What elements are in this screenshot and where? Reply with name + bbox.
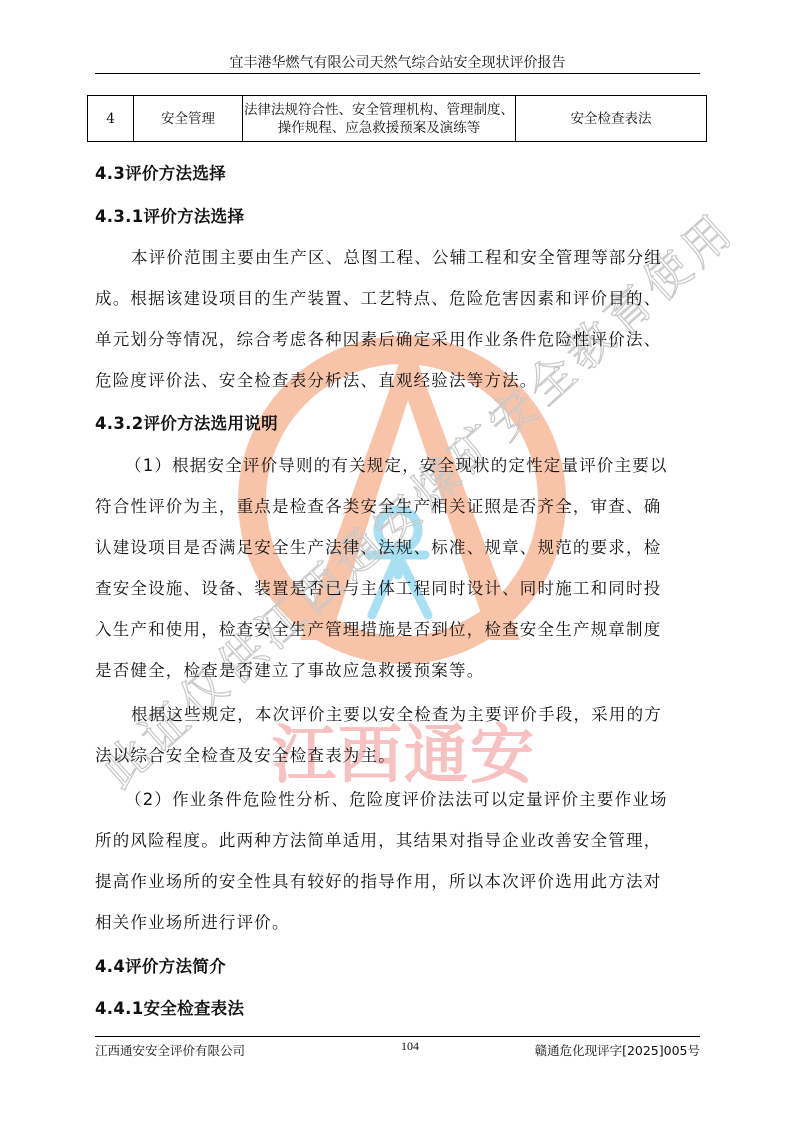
paragraph-line: 所的风险程度。此两种方法简单适用，其结果对指导企业改善安全管理，: [95, 827, 700, 851]
section-heading-4-3-2: 4.3.2评价方法选用说明: [95, 410, 278, 434]
paragraph-line: 查安全设施、设备、装置是否已与主体工程同时设计、同时施工和同时投: [95, 575, 700, 599]
evaluation-unit-table: 4 安全管理 法律法规符合性、安全管理机构、管理制度、 操作规程、应急救援预案及…: [87, 95, 707, 142]
page-content: 宜丰港华燃气有限公司天然气综合站安全现状评价报告 4 安全管理 法律法规符合性、…: [0, 0, 793, 1122]
paragraph-line: 法以综合安全检查及安全检查表为主。: [95, 742, 700, 766]
section-heading-4-4-1: 4.4.1安全检查表法: [95, 995, 244, 1019]
page-number: 104: [380, 1039, 440, 1054]
footer-divider: [95, 1036, 700, 1037]
paragraph-line: 是否健全，检查是否建立了事故应急救援预案等。: [95, 657, 700, 681]
paragraph-line: （1）根据安全评价导则的有关规定，安全现状的定性定量评价主要以: [125, 452, 730, 476]
report-title: 宜丰港华燃气有限公司天然气综合站安全现状评价报告: [95, 52, 700, 72]
cell-content: 法律法规符合性、安全管理机构、管理制度、 操作规程、应急救援预案及演练等: [243, 96, 516, 142]
cell-unit: 安全管理: [134, 96, 243, 142]
header-divider: [95, 73, 700, 74]
cell-number: 4: [88, 96, 134, 142]
paragraph-line: 相关作业场所进行评价。: [95, 909, 700, 933]
paragraph-line: 认建设项目是否满足安全生产法律、法规、标准、规章、规范的要求，检: [95, 534, 700, 558]
cell-method: 安全检查表法: [516, 96, 707, 142]
paragraph-line: 提高作业场所的安全性具有较好的指导作用，所以本次评价选用此方法对: [95, 868, 700, 892]
paragraph-line: 根据这些规定，本次评价主要以安全检查为主要评价手段，采用的方: [131, 701, 736, 725]
paragraph-line: 符合性评价为主，重点是检查各类安全生产相关证照是否齐全，审查、确: [95, 493, 700, 517]
footer-doc-number: 赣通危化现评字[2025]005号: [535, 1041, 700, 1059]
cell-content-line: 操作规程、应急救援预案及演练等: [243, 119, 515, 137]
section-heading-4-3-1: 4.3.1评价方法选择: [95, 203, 244, 227]
table-row: 4 安全管理 法律法规符合性、安全管理机构、管理制度、 操作规程、应急救援预案及…: [88, 96, 707, 142]
section-heading-4-3: 4.3评价方法选择: [95, 160, 226, 184]
paragraph-line: 入生产和使用，检查安全生产管理措施是否到位，检查安全生产规章制度: [95, 616, 700, 640]
document-page: 此证仅供江西通安煤矿安全教育使用 江西通安 宜丰港华燃气有限公司天然气综合站安全…: [0, 0, 793, 1122]
cell-content-line: 法律法规符合性、安全管理机构、管理制度、: [243, 101, 515, 119]
paragraph-line: 单元划分等情况，综合考虑各种因素后确定采用作业条件危险性评价法、: [95, 326, 700, 350]
paragraph-line: 成。根据该建设项目的生产装置、工艺特点、危险危害因素和评价目的、: [95, 285, 700, 309]
paragraph-line: 本评价范围主要由生产区、总图工程、公辅工程和安全管理等部分组: [131, 244, 736, 268]
section-heading-4-4: 4.4评价方法简介: [95, 953, 226, 977]
paragraph-line: 危险度评价法、安全检查表分析法、直观经验法等方法。: [95, 367, 700, 391]
paragraph-line: （2）作业条件危险性分析、危险度评价法法可以定量评价主要作业场: [125, 786, 730, 810]
footer-company: 江西通安安全评价有限公司: [95, 1041, 245, 1059]
